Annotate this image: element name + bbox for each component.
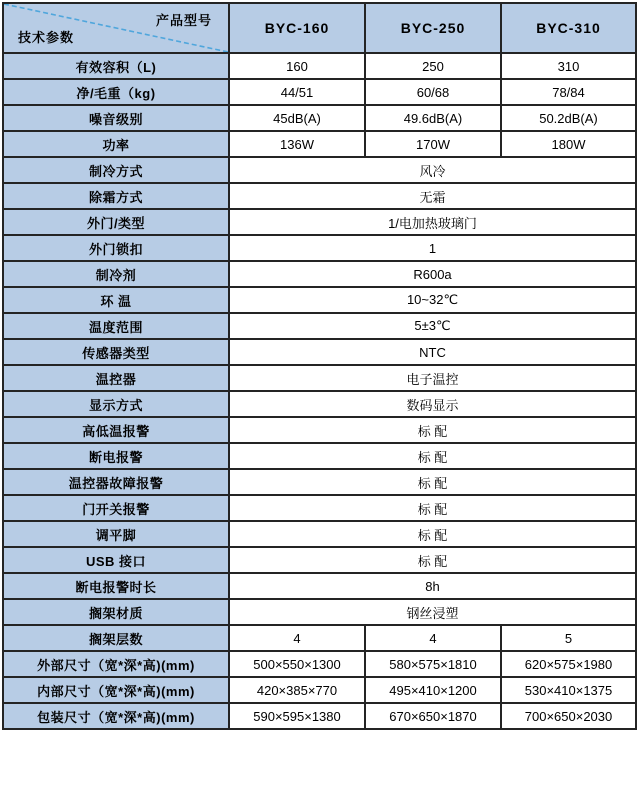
row-value: 4 [229,625,365,651]
row-value-merged: 标 配 [229,443,636,469]
row-value: 495×410×1200 [365,677,501,703]
row-label: 内部尺寸（宽*深*高)(mm) [3,677,229,703]
table-row: 搁架材质钢丝浸塑 [3,599,636,625]
table-row: 有效容积（L)160250310 [3,53,636,79]
row-value: 580×575×1810 [365,651,501,677]
row-label: 搁架层数 [3,625,229,651]
row-label: 温控器故障报警 [3,469,229,495]
table-row: 除霜方式无霜 [3,183,636,209]
row-label: USB 接口 [3,547,229,573]
table-row: 调平脚标 配 [3,521,636,547]
row-value-merged: 数码显示 [229,391,636,417]
row-value: 136W [229,131,365,157]
table-row: USB 接口标 配 [3,547,636,573]
row-value-merged: 标 配 [229,469,636,495]
table-row: 外门锁扣1 [3,235,636,261]
row-label: 显示方式 [3,391,229,417]
table-row: 净/毛重（kg)44/5160/6878/84 [3,79,636,105]
row-label: 门开关报警 [3,495,229,521]
table-row: 温度范围5±3℃ [3,313,636,339]
row-value: 620×575×1980 [501,651,636,677]
row-value: 170W [365,131,501,157]
table-row: 内部尺寸（宽*深*高)(mm)420×385×770495×410×120053… [3,677,636,703]
row-value-merged: 电子温控 [229,365,636,391]
row-value: 590×595×1380 [229,703,365,729]
table-row: 断电报警时长8h [3,573,636,599]
row-label: 有效容积（L) [3,53,229,79]
row-value: 45dB(A) [229,105,365,131]
corner-label-tech-params: 技术参数 [18,27,74,46]
row-value-merged: 8h [229,573,636,599]
row-value-merged: R600a [229,261,636,287]
row-label: 噪音级别 [3,105,229,131]
model-header-byc-250: BYC-250 [365,3,501,53]
row-label: 搁架材质 [3,599,229,625]
row-value-merged: 标 配 [229,521,636,547]
row-value-merged: 无霜 [229,183,636,209]
row-value: 49.6dB(A) [365,105,501,131]
row-value: 250 [365,53,501,79]
row-label: 功率 [3,131,229,157]
row-value-merged: 1 [229,235,636,261]
table-row: 制冷剂R600a [3,261,636,287]
row-value-merged: 1/电加热玻璃门 [229,209,636,235]
row-label: 外门/类型 [3,209,229,235]
row-value-merged: 标 配 [229,495,636,521]
row-value-merged: 5±3℃ [229,313,636,339]
corner-label-product-model: 产品型号 [156,10,212,29]
row-value-merged: 钢丝浸塑 [229,599,636,625]
row-value: 670×650×1870 [365,703,501,729]
table-row: 外门/类型1/电加热玻璃门 [3,209,636,235]
table-row: 环 温10~32℃ [3,287,636,313]
table-row: 制冷方式风冷 [3,157,636,183]
table-row: 温控器故障报警标 配 [3,469,636,495]
table-row: 传感器类型NTC [3,339,636,365]
row-value: 500×550×1300 [229,651,365,677]
row-value: 310 [501,53,636,79]
row-value: 420×385×770 [229,677,365,703]
table-row: 搁架层数445 [3,625,636,651]
row-value: 50.2dB(A) [501,105,636,131]
row-value: 530×410×1375 [501,677,636,703]
corner-cell: 产品型号 技术参数 [3,3,229,53]
row-label: 传感器类型 [3,339,229,365]
row-label: 外门锁扣 [3,235,229,261]
row-value-merged: 标 配 [229,547,636,573]
model-header-byc-160: BYC-160 [229,3,365,53]
row-value: 60/68 [365,79,501,105]
spec-table-body: 产品型号 技术参数 BYC-160 BYC-250 BYC-310 有效容积（L… [3,3,636,729]
row-value: 78/84 [501,79,636,105]
row-value-merged: 风冷 [229,157,636,183]
table-row: 温控器电子温控 [3,365,636,391]
table-row: 断电报警标 配 [3,443,636,469]
row-label: 外部尺寸（宽*深*高)(mm) [3,651,229,677]
row-label: 包装尺寸（宽*深*高)(mm) [3,703,229,729]
table-row: 显示方式数码显示 [3,391,636,417]
row-value: 160 [229,53,365,79]
row-value: 44/51 [229,79,365,105]
row-value-merged: NTC [229,339,636,365]
row-value: 5 [501,625,636,651]
table-row: 外部尺寸（宽*深*高)(mm)500×550×1300580×575×18106… [3,651,636,677]
row-label: 高低温报警 [3,417,229,443]
row-label: 制冷方式 [3,157,229,183]
model-header-byc-310: BYC-310 [501,3,636,53]
header-row: 产品型号 技术参数 BYC-160 BYC-250 BYC-310 [3,3,636,53]
row-label: 环 温 [3,287,229,313]
row-label: 温度范围 [3,313,229,339]
row-label: 断电报警 [3,443,229,469]
row-label: 断电报警时长 [3,573,229,599]
row-value-merged: 标 配 [229,417,636,443]
row-value: 180W [501,131,636,157]
table-row: 包装尺寸（宽*深*高)(mm)590×595×1380670×650×18707… [3,703,636,729]
table-row: 噪音级别45dB(A)49.6dB(A)50.2dB(A) [3,105,636,131]
row-value-merged: 10~32℃ [229,287,636,313]
row-label: 制冷剂 [3,261,229,287]
row-value: 4 [365,625,501,651]
table-row: 门开关报警标 配 [3,495,636,521]
spec-table: 产品型号 技术参数 BYC-160 BYC-250 BYC-310 有效容积（L… [2,2,637,730]
row-value: 700×650×2030 [501,703,636,729]
row-label: 温控器 [3,365,229,391]
row-label: 调平脚 [3,521,229,547]
row-label: 净/毛重（kg) [3,79,229,105]
row-label: 除霜方式 [3,183,229,209]
table-row: 高低温报警标 配 [3,417,636,443]
table-row: 功率136W170W180W [3,131,636,157]
